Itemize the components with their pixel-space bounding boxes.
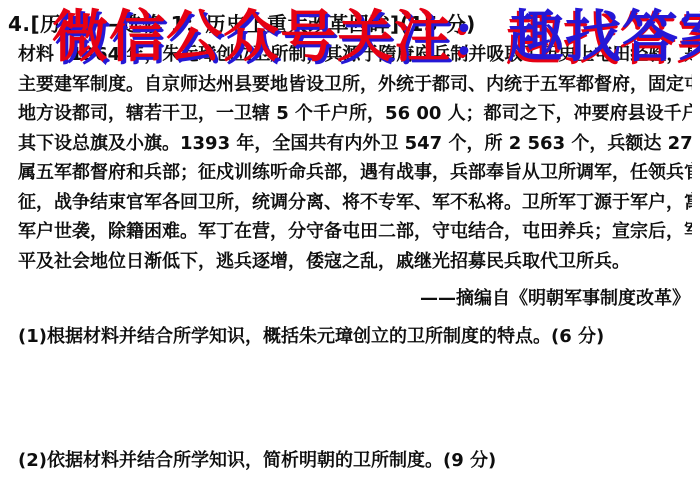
material-line: 主要建军制度。自京师达州县要地皆设卫所，外统于都司、内统于五军都督府，固定屯戍。… [18,70,692,100]
sub-question-2: (2)依据材料并结合所学知识，简析明朝的卫所制度。(9 分) [18,446,692,476]
material-paragraph: 材料1364 年，朱元璋创立卫所制，其源于隋唐府兵制并吸取了历史上屯田经验，是明… [18,40,692,276]
material-line: 平及社会地位日渐低下，逃兵逐增，倭寇之乱，戚继光招募民兵取代卫所兵。 [18,247,692,277]
material-line: 地方设都司，辖若干卫，一卫辖 5 个千户所，56 00 人；都司之下，冲要府县设… [18,99,692,129]
material-line-text: 1364 年，朱元璋创立卫所制，其源于隋唐府兵制并吸取了历史上屯田经验，是明朝最 [70,44,692,65]
material-line: 材料1364 年，朱元璋创立卫所制，其源于隋唐府兵制并吸取了历史上屯田经验，是明… [18,40,692,70]
material-line: 征，战争结束官军各回卫所，统调分离、将不专军、军不私将。卫所军丁源于军户，寓兵于… [18,188,692,218]
source-attribution: ——摘编自《明朝军事制度改革》 [18,284,690,314]
material-label: 材料 [18,44,54,65]
material-line: 其下设总旗及小旗。1393 年，全国共有内外卫 547 个，所 2 563 个，… [18,129,692,159]
material-line: 军户世袭，除籍困难。军丁在营，分守备屯田二部，守屯结合，屯田养兵；宣宗后，军人生… [18,217,692,247]
material-line: 属五军都督府和兵部；征戍训练听命兵部，遇有战事，兵部奉旨从卫所调军，任领兵官率军… [18,158,692,188]
question-title: 4.[历史——选修 1：历史上重大改革回眸](15 分) [8,8,476,37]
sub-question-1: (1)根据材料并结合所学知识，概括朱元璋创立的卫所制度的特点。(6 分) [18,322,692,352]
exam-page: 4.[历史——选修 1：历史上重大改革回眸](15 分) 材料1364 年，朱元… [0,0,700,477]
